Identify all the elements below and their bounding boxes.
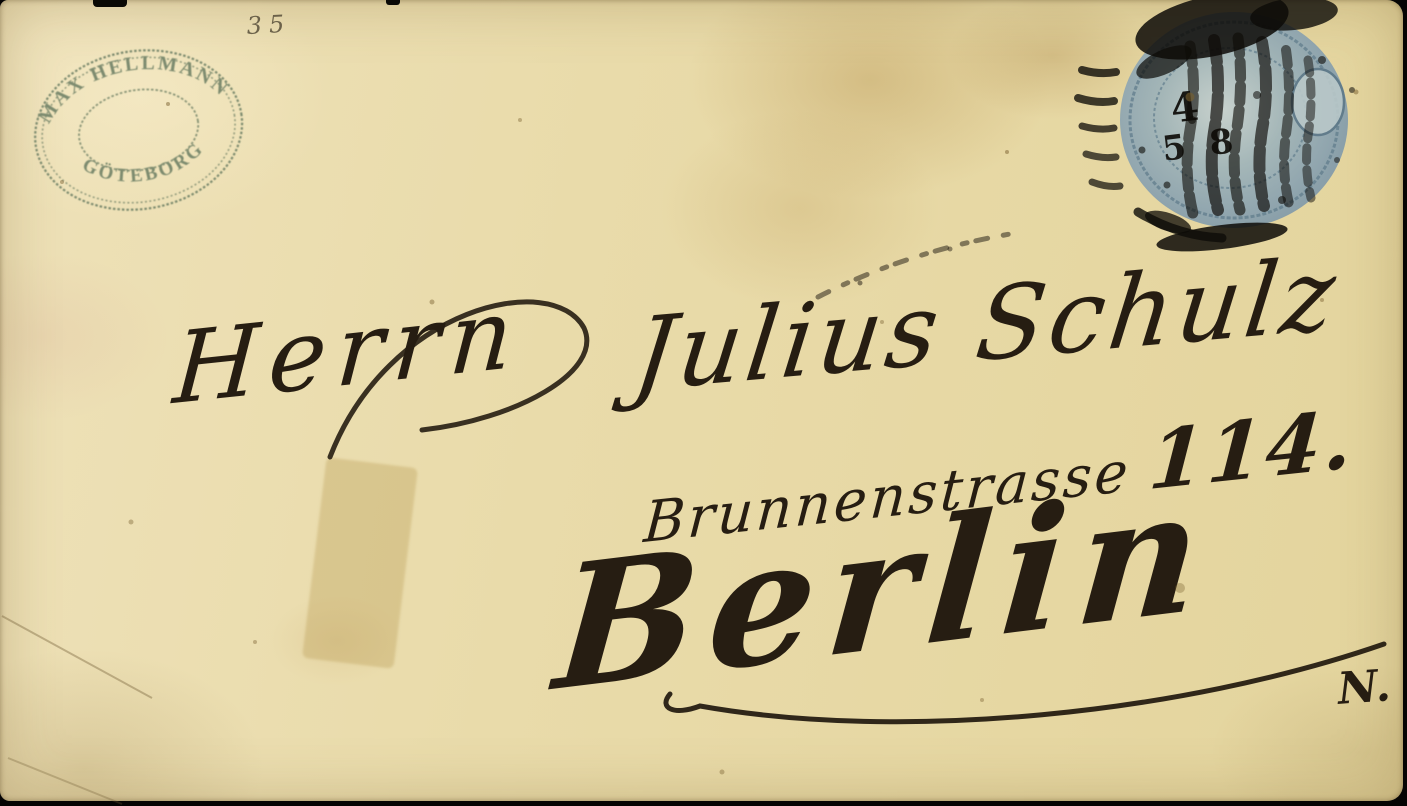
envelope: MAX HELLMANN GÖTEBORG 35 bbox=[0, 0, 1403, 801]
paper-specks bbox=[0, 0, 1407, 806]
photo-background: MAX HELLMANN GÖTEBORG 35 bbox=[0, 0, 1407, 806]
